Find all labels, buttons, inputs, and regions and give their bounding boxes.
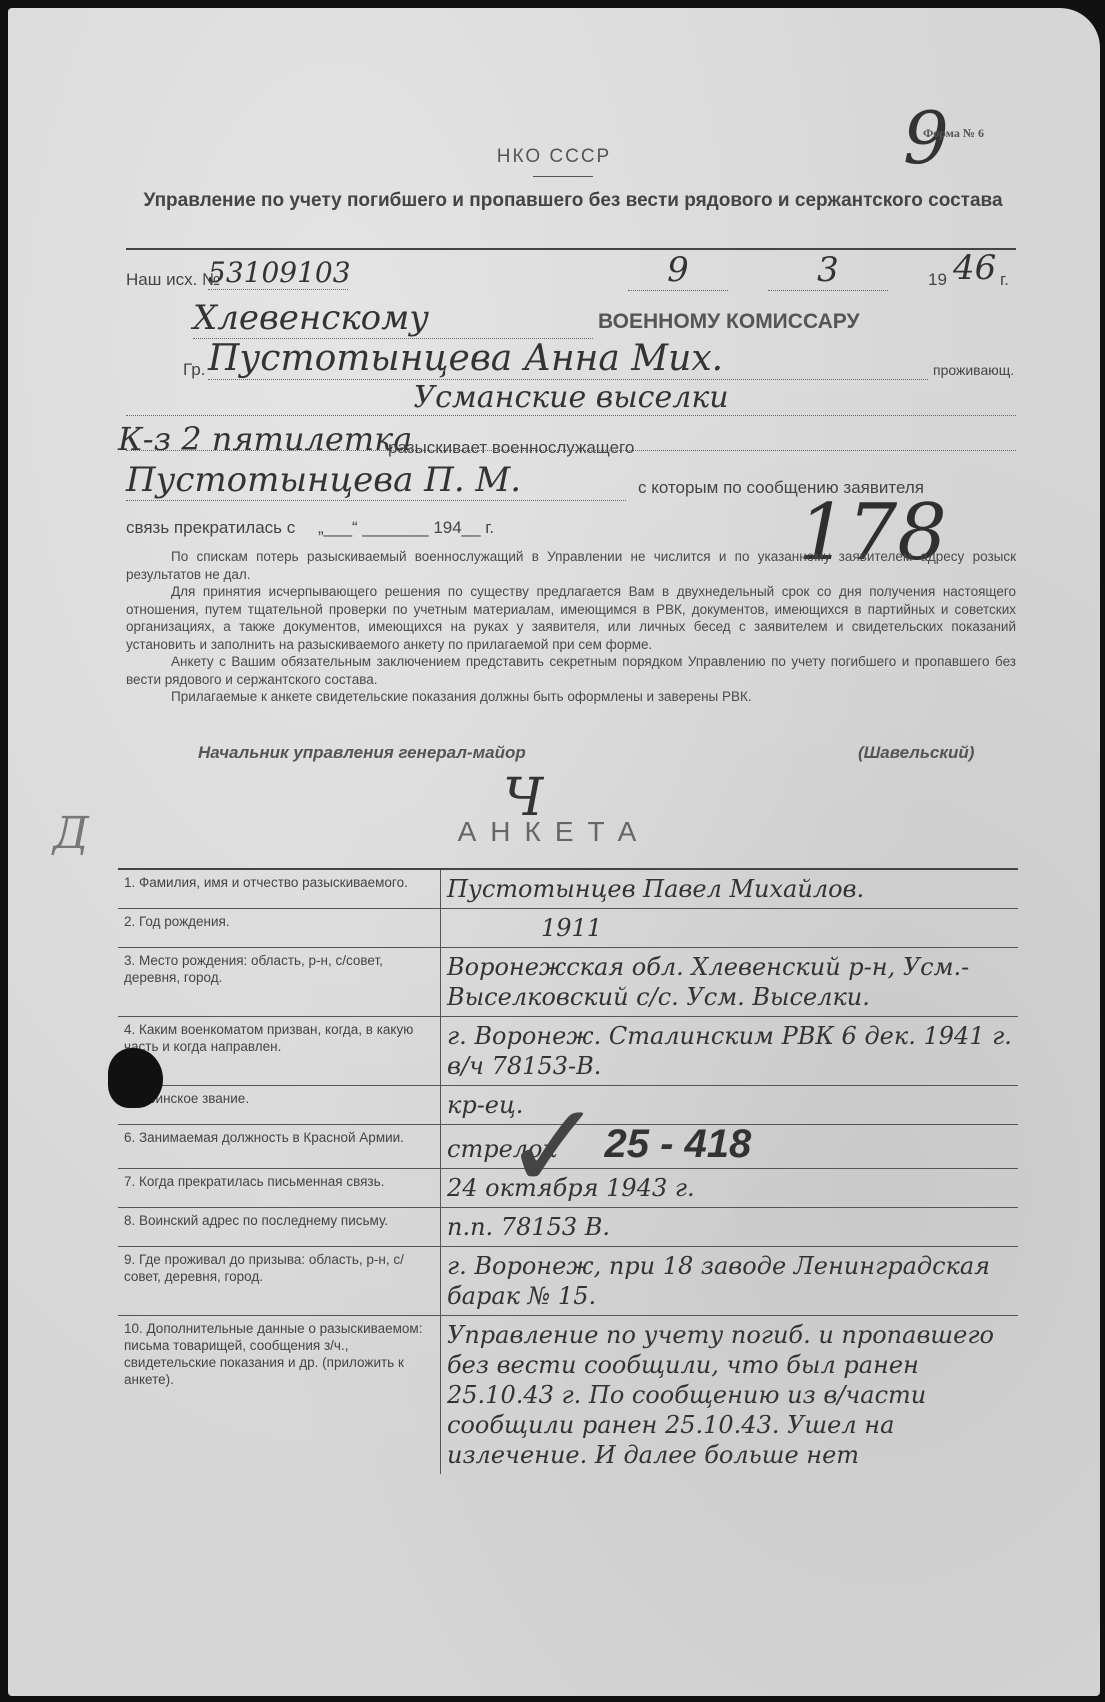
question-cell: 9. Где проживал до призыва: область, р-н…	[118, 1247, 441, 1316]
addressee-region: Хлевенскому	[193, 298, 593, 339]
residing-label: проживающ.	[933, 362, 1014, 378]
paragraph: Анкету с Вашим обязательным заключением …	[126, 653, 1016, 688]
question-cell: 2. Год рождения.	[118, 909, 441, 948]
punch-hole	[108, 1048, 163, 1108]
question-cell: 5. Воинское звание.	[118, 1086, 441, 1125]
addressee-printed: ВОЕННОМУ КОМИССАРУ	[598, 310, 860, 334]
question-cell: 7. Когда прекратилась письменная связь.	[118, 1169, 441, 1208]
applicant-prefix: Гр.	[183, 360, 205, 380]
contact-ceased-label: связь прекратилась с	[126, 518, 295, 538]
applicant-name: Пустотынцева Анна Мих.	[208, 338, 928, 380]
body-text: По спискам потерь разыскиваемый военносл…	[126, 548, 1016, 706]
anketa-title: АНКЕТА	[8, 816, 1100, 848]
answer-cell: Управление по учету погиб. и пропавшего …	[441, 1316, 1019, 1475]
paragraph: По спискам потерь разыскиваемый военносл…	[126, 548, 1016, 583]
paragraph: Для принятия исчерпывающего решения по с…	[126, 583, 1016, 653]
department-heading: Управление по учету погибшего и пропавше…	[123, 188, 1023, 214]
signature-title: Начальник управления генерал-майор	[198, 743, 526, 763]
answer-cell: 1911	[441, 909, 1019, 948]
table-row: 10. Дополнительные данные о разыскиваемо…	[118, 1316, 1018, 1475]
outgoing-number: 53109103	[208, 256, 348, 290]
soldier-name: Пустотынцева П. М.	[126, 460, 626, 501]
answer-cell: г. Воронеж. Сталинским РВК 6 дек. 1941 г…	[441, 1017, 1019, 1086]
document-page: 9 Форма № 6 НКО СССР Управление по учету…	[8, 8, 1100, 1696]
question-cell: 3. Место рождения: область, р-н, с/совет…	[118, 948, 441, 1017]
table-row: 1. Фамилия, имя и отчество разыскиваемог…	[118, 869, 1018, 909]
form-number: Форма № 6	[923, 126, 984, 141]
question-cell: 8. Воинский адрес по последнему письму.	[118, 1208, 441, 1247]
year-suffix: г.	[1000, 270, 1009, 290]
outgoing-year-prefix: 19	[928, 270, 947, 290]
question-cell: 1. Фамилия, имя и отчество разыскиваемог…	[118, 869, 441, 909]
table-row: 9. Где проживал до призыва: область, р-н…	[118, 1247, 1018, 1316]
answer-cell: Пустотынцев Павел Михайлов.	[441, 869, 1019, 909]
divider	[533, 176, 593, 177]
applicant-address-2: К-з 2 пятилетка	[118, 420, 412, 458]
outgoing-month: 3	[768, 250, 888, 291]
answer-cell: Воронежская обл. Хлевенский р-н, Усм.-Вы…	[441, 948, 1019, 1017]
answer-cell: г. Воронеж, при 18 заводе Ленинградская …	[441, 1247, 1019, 1316]
ministry-heading: НКО СССР	[8, 146, 1100, 168]
outgoing-day: 9	[628, 250, 728, 291]
question-cell: 6. Занимаемая должность в Красной Армии.	[118, 1125, 441, 1169]
searching-label: разыскивает военнослужащего	[388, 438, 634, 458]
table-row: 3. Место рождения: область, р-н, с/совет…	[118, 948, 1018, 1017]
paragraph: Прилагаемые к анкете свидетельские показ…	[126, 688, 1016, 706]
question-cell: 10. Дополнительные данные о разыскиваемо…	[118, 1316, 441, 1475]
applicant-address-1: Усманские выселки	[126, 380, 1016, 416]
question-cell: 4. Каким военкоматом призван, когда, в к…	[118, 1017, 441, 1086]
stamp-number: 25 - 418	[604, 1122, 751, 1166]
margin-mark: Д	[53, 808, 89, 859]
table-row: 2. Год рождения. 1911	[118, 909, 1018, 948]
table-row: 4. Каким военкоматом призван, когда, в к…	[118, 1017, 1018, 1086]
contact-date: „___“ _______ 194__ г.	[318, 518, 494, 538]
outgoing-label: Наш исх. №	[126, 270, 220, 290]
signature-name: (Шавельский)	[858, 743, 974, 763]
checkmark-icon: ✓	[503, 1078, 604, 1217]
outgoing-year: 46	[953, 248, 996, 288]
